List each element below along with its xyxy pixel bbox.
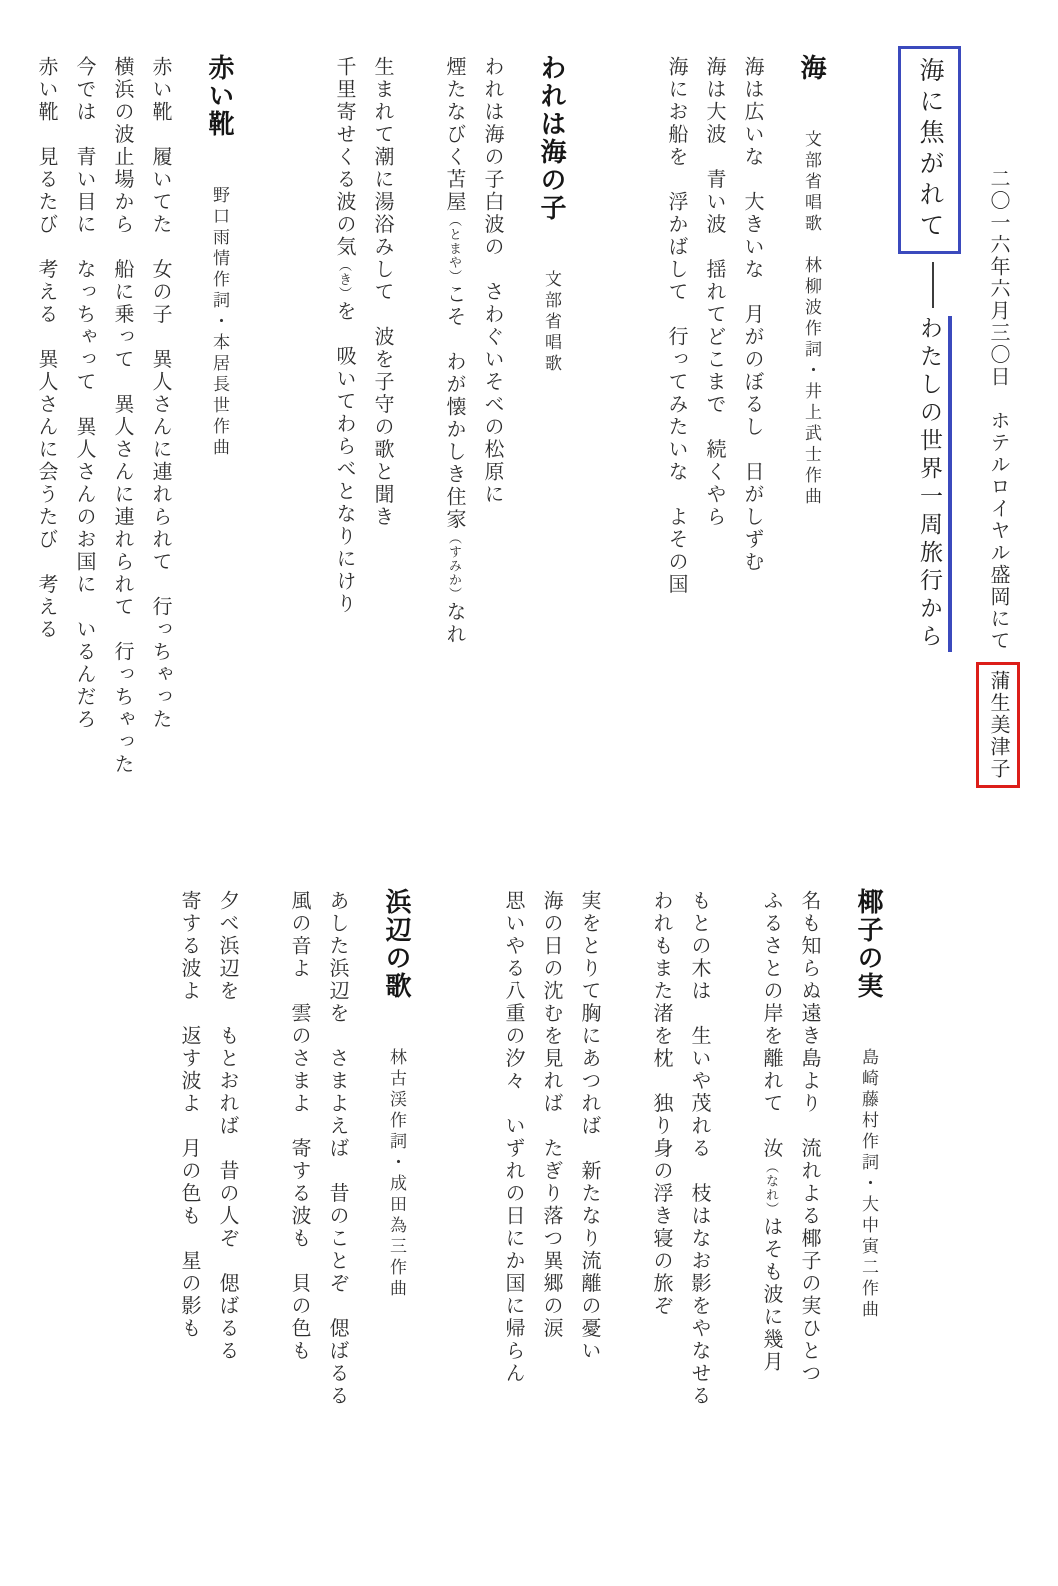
song-section: 赤い靴野口雨情作詞・本居長世作曲赤い靴 履いてた 女の子 異人さんに連れられて … [27,46,239,806]
lyric-line: あした浜辺を さまよえば 昔のことぞ 偲ばるる [318,890,356,1490]
lyric-line: もとの木は 生いや茂れる 枝はなお影をやなせる [680,890,718,1490]
song-section: われは海の子文部省唱歌われは海の子白波の さわぐいそべの松原に煙たなびく苫屋（と… [325,46,571,806]
lyric-line: 海は大波 青い波 揺れてどこまで 続くやら [695,56,733,806]
upper-page-block: 二〇一六年六月三〇日 ホテルロイヤル盛岡にて蒲生美津子 海に焦がれてわたしの世界… [27,46,1020,806]
furigana-note: （なれ） [764,1160,779,1216]
furigana-note: （すみか） [447,531,462,601]
lyric-line: ふるさとの岸を離れて 汝（なれ）はそも波に幾月 [752,890,790,1490]
song-section: 海文部省唱歌 林柳波作詞・井上武士作曲海は広いな 大きいな 月がのぼるし 日がし… [657,46,831,806]
lyric-line: 海にお船を 浮かばして 行ってみたいな よその国 [657,56,695,806]
furigana-note: （とまや） [447,214,462,284]
lyric-line: 寄する波よ 返す波よ 月の色も 星の影も [170,890,208,1490]
lyric-line: われもまた渚を枕 独り身の浮き寝の旅ぞ [642,890,680,1490]
lyric-line: 夕べ浜辺を もとおれば 昔の人ぞ 偲ばるる [208,890,246,1490]
song-credit: 島崎藤村作詞・大中寅二作曲 [859,1048,878,1321]
program-title-column: 海に焦がれてわたしの世界一周旅行から [898,46,961,806]
scanned-program-page: { "colors": { "accent_blue": "#3b4abd", … [0,0,1058,1586]
song-section: 浜辺の歌林古渓作詞・成田為三作曲あした浜辺を さまよえば 昔のことぞ 偲ばるる風… [170,880,416,1490]
stanza: 実をとりて胸にあつれば 新たなり流離の憂い海の日の沈むを見れば たぎり落つ異郷の… [494,880,608,1490]
song-head-column: 海文部省唱歌 林柳波作詞・井上武士作曲 [791,46,831,806]
lyric-line: 生まれて潮に湯浴みして 波を子守の歌と聞き [363,56,401,806]
song-credit: 林古渓作詞・成田為三作曲 [387,1048,406,1300]
lyric-line: 実をとりて胸にあつれば 新たなり流離の憂い [570,890,608,1490]
stanza: 夕べ浜辺を もとおれば 昔の人ぞ 偲ばるる寄する波よ 返す波よ 月の色も 星の影… [170,880,246,1490]
stanza: われは海の子白波の さわぐいそべの松原に煙たなびく苫屋（とまや）こそ わが懐かし… [435,46,511,806]
song-section: 椰子の実島崎藤村作詞・大中寅二作曲名も知らぬ遠き島より 流れよる椰子の実ひとつふ… [494,880,888,1490]
furigana-note: （き） [337,259,352,301]
lyric-line: 名も知らぬ遠き島より 流れよる椰子の実ひとつ [790,890,828,1490]
lyric-line: 風の音よ 雲のさまよ 寄する波も 貝の色も [280,890,318,1490]
song-title: 赤い靴 [205,54,234,138]
song-head-column: 赤い靴野口雨情作詞・本居長世作曲 [199,46,239,806]
lyric-line: 煙たなびく苫屋（とまや）こそ わが懐かしき住家（すみか）なれ [435,56,473,806]
program-title-box: 海に焦がれて [898,46,961,254]
stanza: 名も知らぬ遠き島より 流れよる椰子の実ひとつふるさとの岸を離れて 汝（なれ）はそ… [752,880,828,1490]
lyric-line: 今では 青い目に なっちゃって 異人さんのお国に いるんだろ [65,56,103,806]
stanza: 海は広いな 大きいな 月がのぼるし 日がしずむ海は大波 青い波 揺れてどこまで … [657,46,771,806]
lyric-line: 横浜の波止場から 船に乗って 異人さんに連れられて 行っちゃった [103,56,141,806]
lyric-line: 海の日の沈むを見れば たぎり落つ異郷の涙 [532,890,570,1490]
stanza: 生まれて潮に湯浴みして 波を子守の歌と聞き千里寄せくる波の気（き）を 吸いてわら… [325,46,401,806]
song-head-column: われは海の子文部省唱歌 [531,46,571,806]
song-credit: 野口雨情作詞・本居長世作曲 [210,186,229,459]
song-credit: 文部省唱歌 林柳波作詞・井上武士作曲 [802,130,821,508]
lyric-line: 海は広いな 大きいな 月がのぼるし 日がしずむ [733,56,771,806]
meta-column: 二〇一六年六月三〇日 ホテルロイヤル盛岡にて蒲生美津子 [976,46,1020,806]
song-title: われは海の子 [537,54,566,222]
lyric-line: われは海の子白波の さわぐいそべの松原に [473,56,511,806]
lyric-line: 赤い靴 履いてた 女の子 異人さんに連れられて 行っちゃった [141,56,179,806]
program-subtitle: わたしの世界一周旅行から [917,316,952,652]
lyric-line: 思いやる八重の汐々 いずれの日にか国に帰らん [494,890,532,1490]
stanza: 赤い靴 履いてた 女の子 異人さんに連れられて 行っちゃった横浜の波止場から 船… [27,46,179,806]
song-head-column: 浜辺の歌林古渓作詞・成田為三作曲 [376,880,416,1490]
lyric-line: 千里寄せくる波の気（き）を 吸いてわらべとなりにけり [325,56,363,806]
song-credit: 文部省唱歌 [542,270,561,375]
stanza: あした浜辺を さまよえば 昔のことぞ 偲ばるる風の音よ 雲のさまよ 寄する波も … [280,880,356,1490]
title-dash-line [932,262,934,308]
stanza: もとの木は 生いや茂れる 枝はなお影をやなせるわれもまた渚を枕 独り身の浮き寝の… [642,880,718,1490]
performer-name-box: 蒲生美津子 [976,662,1020,788]
song-title: 海 [797,54,826,82]
song-title: 椰子の実 [854,888,883,1000]
song-title: 浜辺の歌 [382,888,411,1000]
song-head-column: 椰子の実島崎藤村作詞・大中寅二作曲 [848,880,888,1490]
date-venue-text: 二〇一六年六月三〇日 ホテルロイヤル盛岡にて [987,168,1009,652]
lyric-line: 赤い靴 見るたび 考える 異人さんに会うたび 考える [27,56,65,806]
lower-page-block: 椰子の実島崎藤村作詞・大中寅二作曲名も知らぬ遠き島より 流れよる椰子の実ひとつふ… [170,880,888,1490]
